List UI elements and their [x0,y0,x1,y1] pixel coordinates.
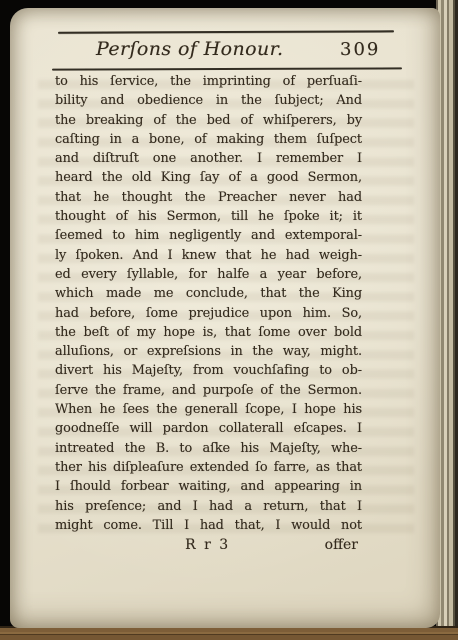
body-line: intreated the B. to aſke his Majeſty, wh… [55,439,362,458]
page-footer: R r 3 offer [55,537,362,559]
page-number: 309 [340,39,380,60]
running-title: Perſons of Honour. [96,38,283,60]
body-line: and diſtruſt one another. I remember I [55,149,362,168]
body-line: the breaking of the bed of whiſperers, b… [55,111,362,130]
body-line: ther his diſpleaſure extended ſo farre, … [55,458,362,477]
body-line: to his ſervice, the imprinting of perſua… [55,72,362,91]
body-text: to his ſervice, the imprinting of perſua… [55,72,362,535]
body-line: divert his Majeſty, from vouchſafing to … [55,361,362,380]
body-line: alluſions, or expreſsions in the way, mi… [55,342,362,361]
body-line: his preſence; and I had a return, that I [55,497,362,516]
book-board [0,626,458,640]
body-line: might come. Till I had that, I would not [55,516,362,535]
running-head: Perſons of Honour. 309 [10,36,440,66]
body-line: caſting in a bone, of making them ſuſpec… [55,130,362,149]
body-line: goodneſſe will pardon collaterall eſcape… [55,419,362,438]
body-line: When he ſees the generall ſcope, I hope … [55,400,362,419]
book-page: Perſons of Honour. 309 to his ſervice, t… [10,8,440,628]
body-line: had before, ſome prejudice upon him. So, [55,304,362,323]
body-line: that he thought the Preacher never had [55,188,362,207]
body-line: the beſt of my hope is, that ſome over b… [55,323,362,342]
body-line: I ſhould forbear waiting, and appearing … [55,477,362,496]
header-rule-top [58,30,394,34]
body-line: heard the old King ſay of a good Sermon, [55,168,362,187]
body-line: ſeemed to him negligently and extemporal… [55,226,362,245]
header-rule-bottom [52,67,402,70]
body-line: thought of his Sermon, till he ſpoke it;… [55,207,362,226]
body-line: which made me conclude, that the King [55,284,362,303]
body-line: bility and obedience in the ſubject; And [55,91,362,110]
catchword: offer [325,537,358,553]
body-line: ed every ſyllable, for halfe a year befo… [55,265,362,284]
book-scan: Perſons of Honour. 309 to his ſervice, t… [0,0,458,640]
signature-mark: R r 3 [185,537,230,553]
body-line: ly ſpoken. And I knew that he had weigh- [55,246,362,265]
body-line: ſerve the frame, and purpoſe of the Serm… [55,381,362,400]
